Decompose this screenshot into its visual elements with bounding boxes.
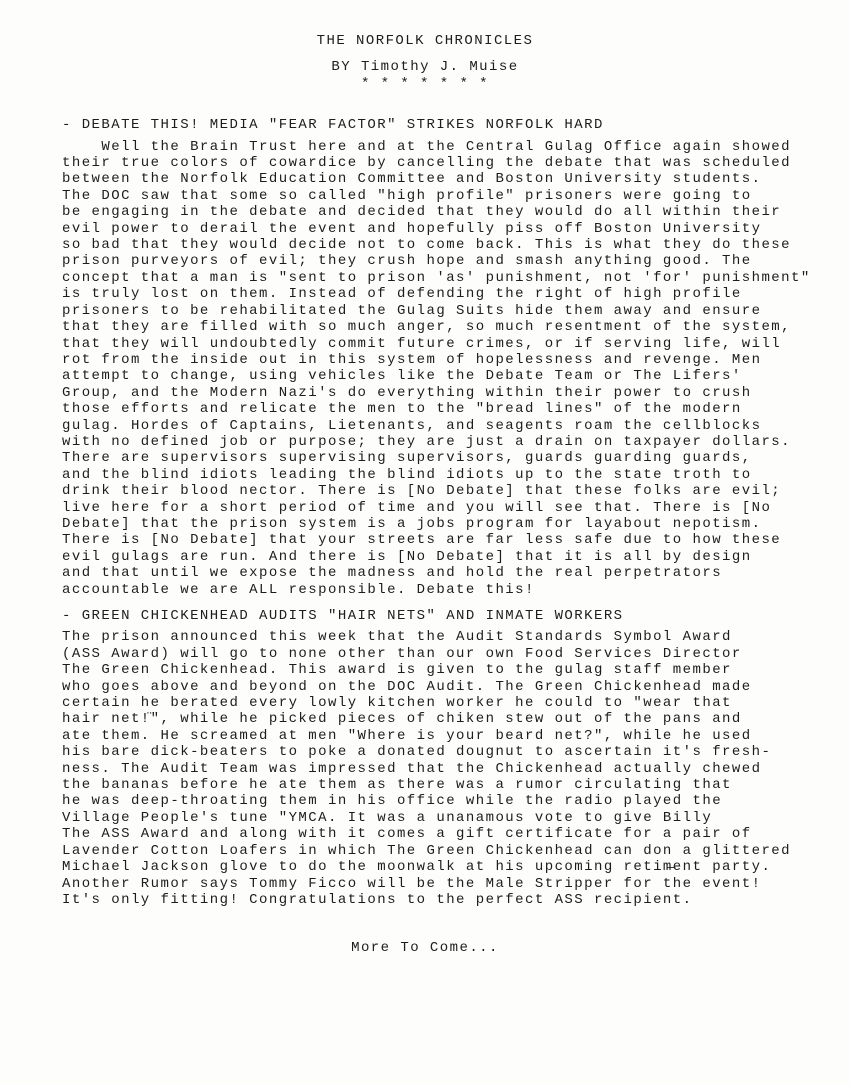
section-body: The prison announced this week that the … <box>62 629 830 908</box>
star-divider: * * * * * * * <box>0 76 850 92</box>
page-title: THE NORFOLK CHRONICLES <box>0 33 850 49</box>
document-page: THE NORFOLK CHRONICLES BY Timothy J. Mui… <box>0 0 850 1084</box>
section-heading: - DEBATE THIS! MEDIA "FEAR FACTOR" STRIK… <box>62 117 830 133</box>
document-header: THE NORFOLK CHRONICLES BY Timothy J. Mui… <box>0 33 850 92</box>
section-debate-this: - DEBATE THIS! MEDIA "FEAR FACTOR" STRIK… <box>62 117 830 598</box>
section-body: Well the Brain Trust here and at the Cen… <box>62 139 830 598</box>
footer-note: More To Come... <box>0 940 850 956</box>
byline: BY Timothy J. Muise <box>0 59 850 75</box>
section-heading: - GREEN CHICKENHEAD AUDITS "HAIR NETS" A… <box>62 608 830 624</box>
section-green-chickenhead: - GREEN CHICKENHEAD AUDITS "HAIR NETS" A… <box>62 608 830 908</box>
